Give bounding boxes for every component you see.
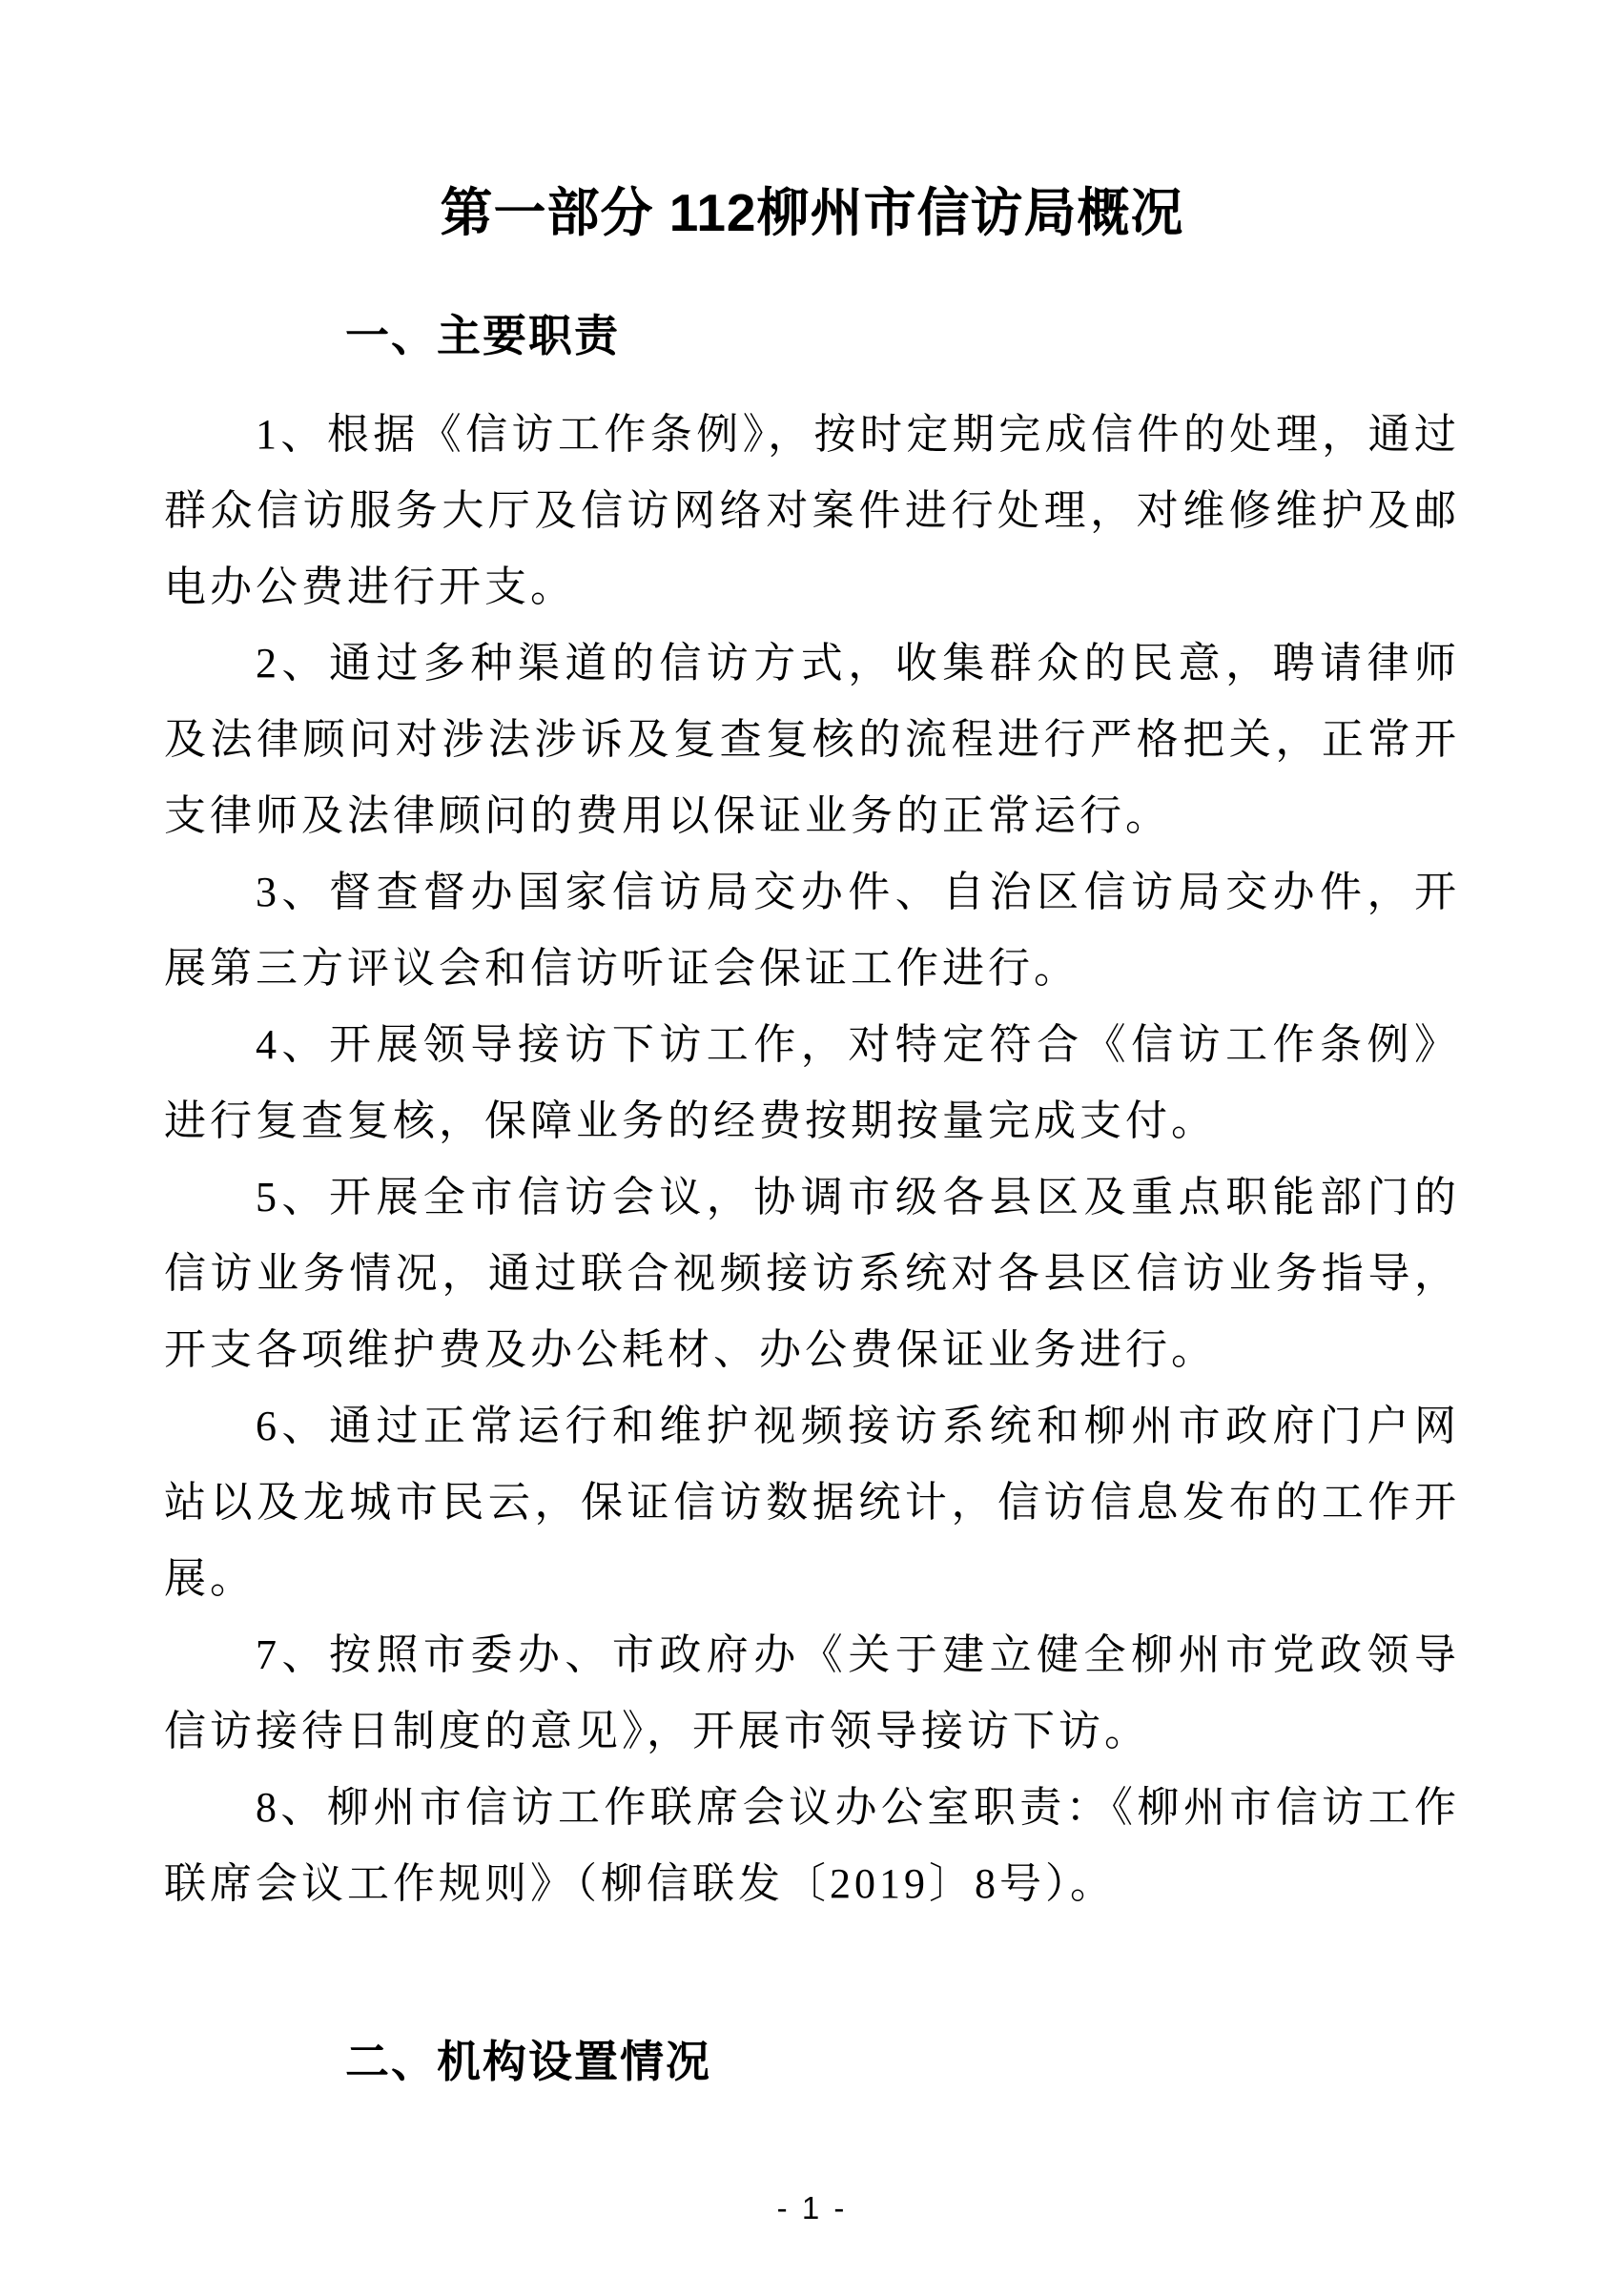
paragraph-6: 6、通过正常运行和维护视频接访系统和柳州市政府门户网站以及龙城市民云，保证信访数… — [164, 1388, 1460, 1617]
paragraph-3: 3、督查督办国家信访局交办件、自治区信访局交办件，开展第三方评议会和信访听证会保… — [164, 854, 1460, 1007]
page-content: 第一部分 112柳州市信访局概况 一、主要职责 1、根据《信访工作条例》，按时定… — [0, 0, 1624, 2088]
section-heading-main-duties: 一、主要职责 — [164, 309, 1460, 362]
page-number: - 1 - — [0, 2190, 1624, 2226]
section-heading-organization-setup: 二、机构设置情况 — [164, 2035, 1460, 2088]
paragraph-1: 1、根据《信访工作条例》，按时定期完成信件的处理，通过群众信访服务大厅及信访网络… — [164, 397, 1460, 625]
document-title: 第一部分 112柳州市信访局概况 — [164, 0, 1460, 244]
paragraph-7: 7、按照市委办、市政府办《关于建立健全柳州市党政领导信访接待日制度的意见》，开展… — [164, 1617, 1460, 1770]
paragraph-4: 4、开展领导接访下访工作，对特定符合《信访工作条例》进行复查复核，保障业务的经费… — [164, 1007, 1460, 1159]
paragraph-5: 5、开展全市信访会议，协调市级各县区及重点职能部门的信访业务情况，通过联合视频接… — [164, 1159, 1460, 1388]
document-page: 第一部分 112柳州市信访局概况 一、主要职责 1、根据《信访工作条例》，按时定… — [0, 0, 1624, 2276]
paragraph-2: 2、通过多种渠道的信访方式，收集群众的民意，聘请律师及法律顾问对涉法涉诉及复查复… — [164, 625, 1460, 854]
paragraph-8: 8、柳州市信访工作联席会议办公室职责：《柳州市信访工作联席会议工作规则》（柳信联… — [164, 1770, 1460, 1922]
section-body: 1、根据《信访工作条例》，按时定期完成信件的处理，通过群众信访服务大厅及信访网络… — [164, 397, 1460, 1922]
